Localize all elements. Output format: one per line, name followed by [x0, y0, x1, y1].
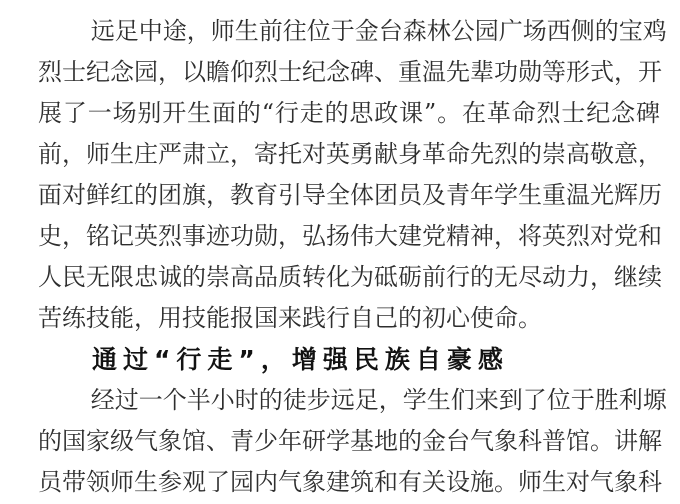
p2-line-2: 员带领师生参观了园内气象建筑和有关设施。师生对气象科	[38, 462, 660, 503]
p2-line-1: 的国家级气象馆、青少年研学基地的金台气象科普馆。讲解	[38, 421, 660, 462]
p2-line-0: 经过一个半小时的徒步远足，学生们来到了位于胜利塬	[38, 380, 660, 421]
section-heading: 通过“行走”，增强民族自豪感	[38, 339, 660, 380]
document-page: 远足中途，师生前往位于金台森林公园广场西侧的宝鸡 烈士纪念园，以瞻仰烈士纪念碑、…	[0, 0, 680, 504]
p1-line-5: 史，铭记英烈事迹功勋，弘扬伟大建党精神，将英烈对党和	[38, 216, 660, 257]
p1-line-6: 人民无限忠诚的崇高品质转化为砥砺前行的无尽动力，继续	[38, 257, 660, 298]
p1-line-3: 前，师生庄严肃立，寄托对英勇献身革命先烈的崇高敬意，	[38, 134, 660, 175]
p1-line-1: 烈士纪念园，以瞻仰烈士纪念碑、重温先辈功勋等形式，开	[38, 52, 660, 93]
p1-line-0: 远足中途，师生前往位于金台森林公园广场西侧的宝鸡	[38, 11, 660, 52]
p1-line-4: 面对鲜红的团旗，教育引导全体团员及青年学生重温光辉历	[38, 175, 660, 216]
p1-line-2: 展了一场别开生面的“行走的思政课”。在革命烈士纪念碑	[38, 93, 660, 134]
p1-line-7: 苦练技能，用技能报国来践行自己的初心使命。	[38, 298, 660, 339]
